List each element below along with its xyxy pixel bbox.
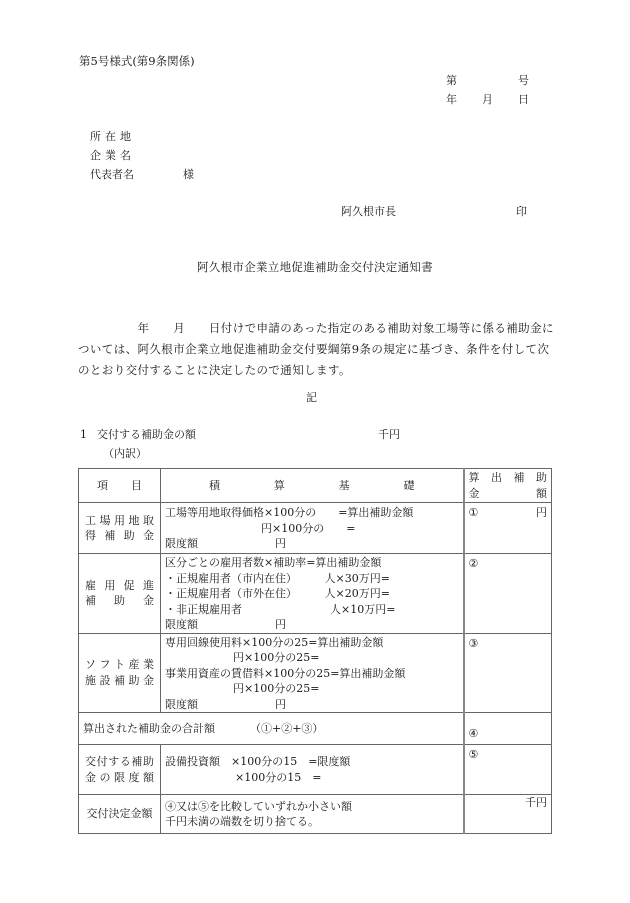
header-text: 額 — [536, 486, 547, 502]
company-label: 企業名 — [90, 150, 135, 161]
amount-mark: ⑤ — [469, 747, 479, 763]
header-item: 項 目 — [79, 469, 161, 503]
item-label: 交付する補助金の額 — [97, 429, 196, 440]
ki-marker: 記 — [306, 392, 317, 403]
item-text: ソフト産業 — [85, 657, 154, 673]
form-number: 第5号様式(第9条関係) — [79, 56, 195, 68]
row-basis-limit: 設備投資額 ×100分の15 =限度額 ×100分の15 = — [161, 745, 464, 795]
amount-mark: ① — [469, 505, 479, 521]
header-text: 算 — [274, 478, 285, 494]
basis-text: 円×100分の25= — [165, 681, 459, 697]
item-text: 交付する補助 — [85, 754, 154, 770]
table-row: 交付決定金額 ④又は⑤を比較していずれか小さい額 千円未満の端数を切り捨てる。 … — [79, 795, 552, 834]
header-text: 項 — [97, 478, 108, 494]
seal-mark: 印 — [516, 206, 527, 217]
header-text: 目 — [131, 478, 142, 494]
basis-text: 限度額 円 — [165, 697, 459, 713]
table-row: 工場用地取 得補助金 工場等用地取得価格×100分の =算出補助金額 円×100… — [79, 503, 552, 554]
item-unit: 千円 — [378, 429, 400, 440]
basis-text: 専用回線使用料×100分の25=算出補助金額 — [165, 635, 459, 651]
header-text: 礎 — [403, 478, 414, 494]
body-line: 年 月 日付けで申請のあった指定のある補助対象工場等に係る補助金に — [78, 318, 556, 339]
row-basis-employment: 区分ごとの雇用者数×補助率=算出補助金額 ・正規雇用者（市内在住） 人×30万円… — [161, 554, 464, 634]
header-text: 算 — [469, 470, 480, 486]
header-text: 基 — [339, 478, 350, 494]
table-row: 交付する補助 金の限度額 設備投資額 ×100分の15 =限度額 ×100分の1… — [79, 745, 552, 795]
row-basis-software: 専用回線使用料×100分の25=算出補助金額 円×100分の25= 事業用資産の… — [161, 633, 464, 713]
header-text: 補 — [514, 470, 525, 486]
basis-text: ④又は⑤を比較していずれか小さい額 — [165, 799, 459, 815]
header-text: 助 — [536, 470, 547, 486]
item-text: 交付決定金額 — [82, 806, 157, 822]
row-amount-limit: ⑤ — [464, 745, 552, 795]
header-text: 金 — [469, 486, 480, 502]
item-text: 施設補助金 — [85, 673, 154, 689]
date-month: 月 — [482, 94, 493, 105]
header-text: 出 — [491, 470, 502, 486]
row-total-label: 算出された補助金の合計額 （①+②+③） — [79, 713, 464, 745]
row-amount-software: ③ — [464, 633, 552, 713]
doc-number-suffix: 号 — [518, 75, 529, 86]
honorific: 様 — [183, 169, 194, 180]
basis-text: ・正規雇用者（市外在住） 人×20万円= — [165, 586, 459, 602]
row-amount-land: ① 円 — [464, 503, 552, 554]
basis-text: 事業用資産の賃借料×100分の25=算出補助金額 — [165, 666, 459, 682]
item-text: 補助金 — [85, 593, 154, 609]
date-year: 年 — [446, 94, 457, 105]
basis-text: 工場等用地取得価格×100分の =算出補助金額 — [165, 505, 459, 521]
basis-text: 千円未満の端数を切り捨てる。 — [165, 814, 459, 830]
basis-text: ×100分の15 = — [165, 770, 459, 786]
basis-text: ・正規雇用者（市内在住） 人×30万円= — [165, 571, 459, 587]
row-item-land: 工場用地取 得補助金 — [79, 503, 161, 554]
header-basis: 積 算 基 礎 — [161, 469, 464, 503]
row-item-limit: 交付する補助 金の限度額 — [79, 745, 161, 795]
table-row: 雇用促進 補助金 区分ごとの雇用者数×補助率=算出補助金額 ・正規雇用者（市内在… — [79, 554, 552, 634]
header-amount: 算 出 補 助 金 額 — [464, 469, 552, 503]
date-day: 日 — [518, 94, 529, 105]
row-basis-decision: ④又は⑤を比較していずれか小さい額 千円未満の端数を切り捨てる。 — [161, 795, 464, 834]
address-label: 所在地 — [90, 131, 135, 142]
basis-text: 区分ごとの雇用者数×補助率=算出補助金額 — [165, 555, 459, 571]
item-number: 1 — [80, 429, 87, 440]
row-item-employment: 雇用促進 補助金 — [79, 554, 161, 634]
body-line: のとおり交付することに決定したので通知します。 — [78, 360, 556, 381]
row-amount-decision: 千円 — [464, 795, 552, 834]
item-text: 工場用地取 — [85, 513, 154, 529]
header-text: 積 — [209, 478, 220, 494]
table-row-total: 算出された補助金の合計額 （①+②+③） ④ — [79, 713, 552, 745]
notice-body: 年 月 日付けで申請のあった指定のある補助対象工場等に係る補助金に ついては、阿… — [78, 318, 556, 381]
item-text: 雇用促進 — [85, 578, 154, 594]
basis-text: ・非正規雇用者 人×10万円= — [165, 602, 459, 618]
basis-text: 設備投資額 ×100分の15 =限度額 — [165, 754, 459, 770]
basis-text: 限度額 円 — [165, 536, 459, 552]
amount-mark: ② — [469, 556, 479, 572]
basis-text: 限度額 円 — [165, 617, 459, 633]
calculation-table: 項 目 積 算 基 礎 算 出 補 助 金 額 — [78, 468, 552, 834]
issuer-name: 阿久根市長 — [341, 206, 396, 217]
item-text: 得補助金 — [85, 528, 154, 544]
amount-unit: 千円 — [525, 796, 547, 809]
total-label: 算出された補助金の合計額 — [83, 722, 215, 735]
breakdown-label: （内訳） — [103, 448, 147, 459]
row-amount-total: ④ — [464, 713, 552, 745]
representative-label: 代表者名 — [90, 169, 134, 180]
table-row: ソフト産業 施設補助金 専用回線使用料×100分の25=算出補助金額 円×100… — [79, 633, 552, 713]
document-title: 阿久根市企業立地促進補助金交付決定通知書 — [197, 262, 433, 274]
row-amount-employment: ② — [464, 554, 552, 634]
total-formula: （①+②+③） — [250, 722, 323, 735]
body-line: ついては、阿久根市企業立地促進補助金交付要綱第9条の規定に基づき、条件を付して次 — [78, 339, 556, 360]
basis-text: 円×100分の = — [165, 521, 459, 537]
row-item-decision: 交付決定金額 — [79, 795, 161, 834]
item-text: 金の限度額 — [85, 770, 154, 786]
basis-text: 円×100分の25= — [165, 650, 459, 666]
row-item-software: ソフト産業 施設補助金 — [79, 633, 161, 713]
amount-mark: ③ — [469, 636, 479, 652]
row-basis-land: 工場等用地取得価格×100分の =算出補助金額 円×100分の = 限度額 円 — [161, 503, 464, 554]
doc-number-prefix: 第 — [446, 75, 457, 86]
amount-mark: ④ — [469, 727, 479, 740]
table-header-row: 項 目 積 算 基 礎 算 出 補 助 金 額 — [79, 469, 552, 503]
amount-unit: 円 — [536, 505, 547, 521]
